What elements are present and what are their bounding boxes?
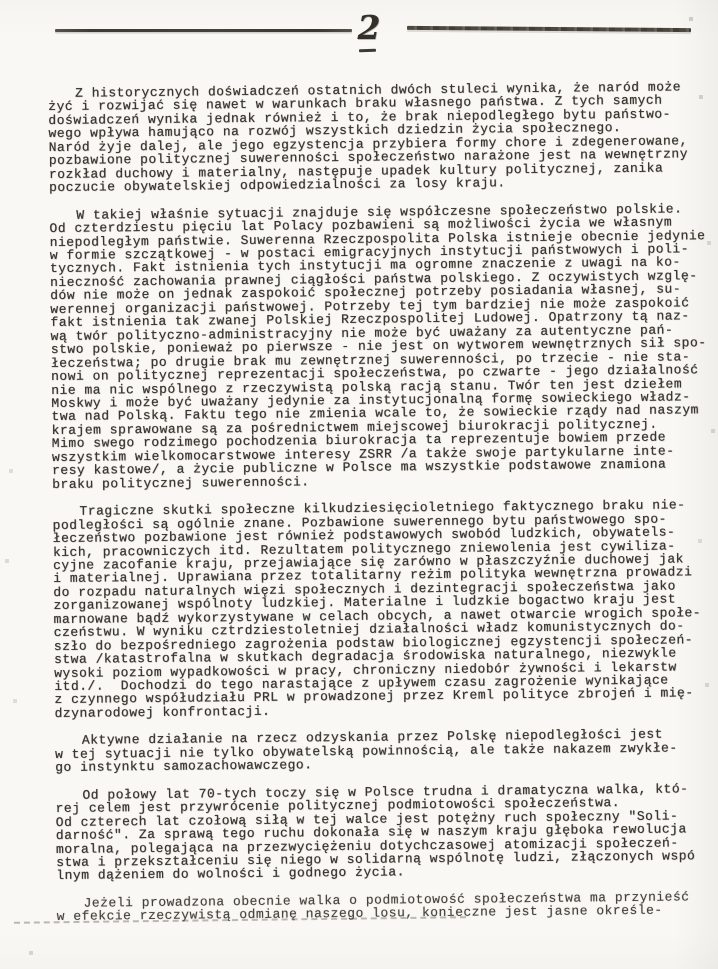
paragraph-historical-experience: Z historycznych doświadczeń ostatnich dw… xyxy=(48,80,718,195)
page-number: 2 xyxy=(352,8,386,47)
paragraph-polish-society-situation: W takiej właśnie sytuacji znajduje się w… xyxy=(49,202,718,492)
paragraph-solidarity-struggle: Od połowy lat 70-tych toczy się w Polsce… xyxy=(55,782,718,883)
page-number-underline xyxy=(359,49,376,53)
header-rule-left xyxy=(55,29,352,32)
document-text: Z historycznych doświadczeń ostatnich dw… xyxy=(48,80,718,924)
scan-artifact-speckles xyxy=(0,0,2,2)
document-page: 2 Z historycznych doświadczeń ostatnich … xyxy=(0,0,718,969)
paragraph-active-effort: Aktywne działanie na rzecz odzyskania pr… xyxy=(55,727,718,774)
paragraph-tragic-social-effects: Tragiczne skutki społeczne kilkudziesięc… xyxy=(52,498,718,720)
header-rule-right xyxy=(407,26,691,32)
